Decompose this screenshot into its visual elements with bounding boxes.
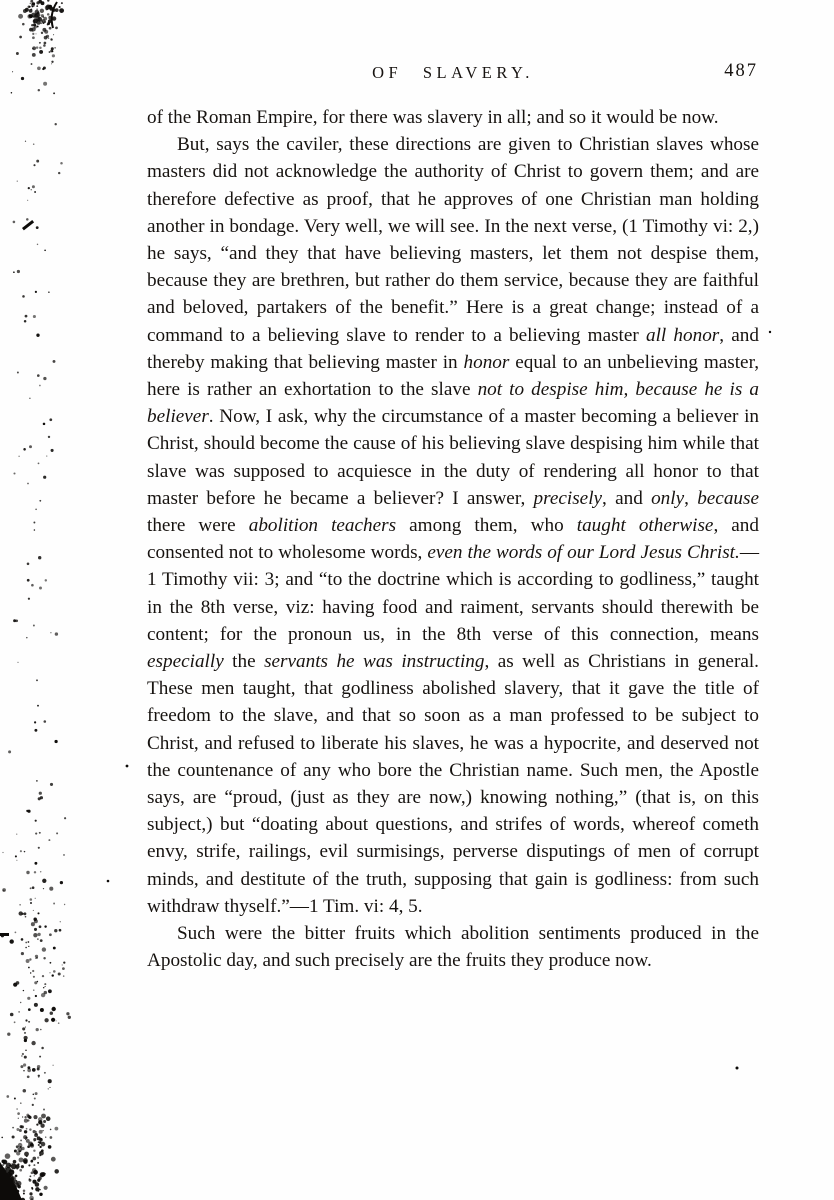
scan-artifact	[736, 1067, 739, 1070]
body-text: the	[224, 651, 264, 672]
italic-text: precisely	[534, 488, 603, 509]
paragraph: Such were the bitter fruits which abolit…	[147, 920, 759, 974]
italic-text: only	[651, 488, 684, 509]
scan-artifact	[0, 1162, 22, 1200]
italic-text: taught otherwise	[577, 515, 714, 536]
body-text: , as well as Christians in general. Thes…	[147, 651, 759, 917]
scan-artifact	[107, 880, 110, 883]
italic-text: servants he was instructing	[264, 651, 484, 672]
italic-text: honor	[464, 352, 510, 373]
scan-artifact	[0, 933, 9, 936]
italic-text: even the words of our Lord Jesus Christ.	[427, 542, 739, 563]
scan-artifact	[769, 331, 771, 333]
paragraph: of the Roman Empire, for there was slave…	[147, 104, 759, 131]
scan-artifact	[52, 2, 57, 28]
body-text: there were	[147, 515, 249, 536]
italic-text: because	[697, 488, 759, 509]
italic-text: all honor	[646, 325, 719, 346]
scanned-page: OF SLAVERY. 487 of the Roman Empire, for…	[0, 0, 834, 1200]
body-text: But, says the caviler, these directions …	[147, 134, 759, 345]
body-text: , and	[602, 488, 651, 509]
body-text: ,	[684, 488, 697, 509]
text-block: of the Roman Empire, for there was slave…	[147, 104, 759, 975]
scan-artifact	[126, 765, 129, 768]
body-text: of the Roman Empire, for there was slave…	[147, 107, 719, 128]
italic-text: especially	[147, 651, 224, 672]
page-number: 487	[640, 61, 758, 82]
body-text: among them, who	[396, 515, 577, 536]
paragraph: But, says the caviler, these directions …	[147, 131, 759, 920]
italic-text: abolition teachers	[249, 515, 396, 536]
scan-artifact	[22, 220, 34, 230]
body-text: Such were the bitter fruits which abolit…	[147, 923, 759, 971]
